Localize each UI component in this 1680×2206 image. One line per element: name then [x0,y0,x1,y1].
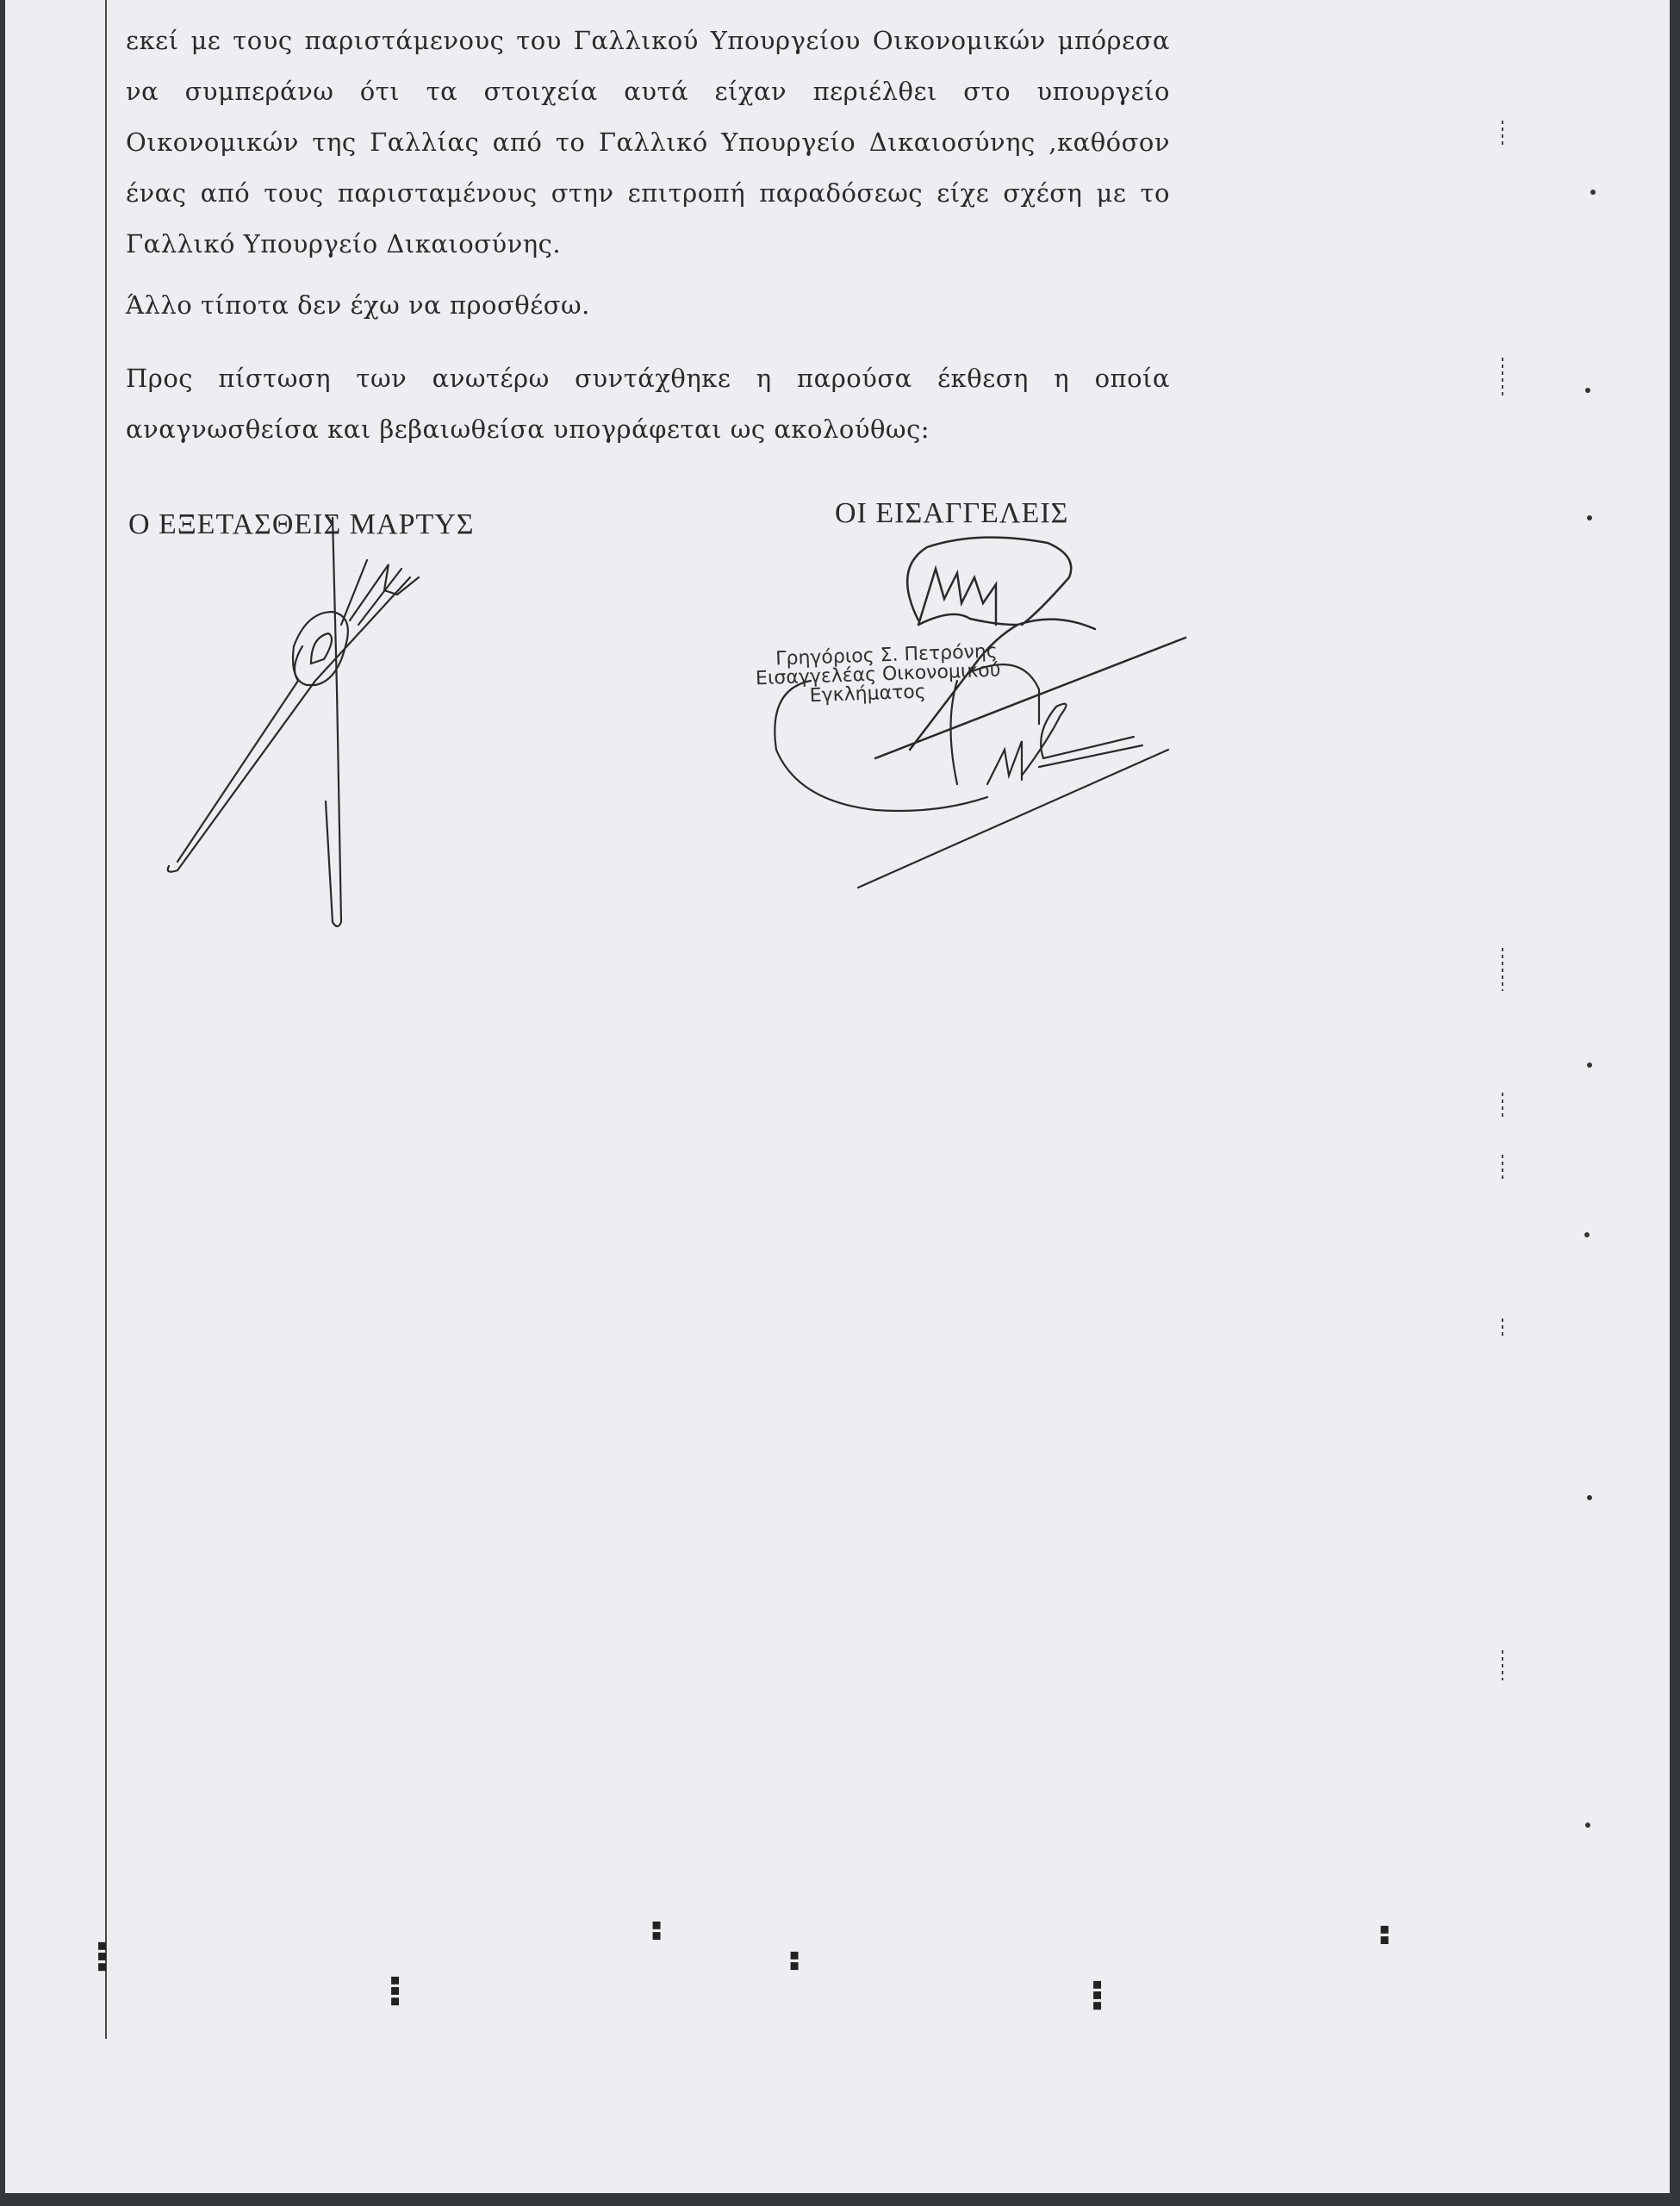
scan-dot [1587,515,1592,520]
scan-mark [1502,1093,1503,1119]
scan-mark [1502,1318,1503,1336]
scan-dot [1587,1062,1592,1068]
scan-dot [1590,190,1596,195]
paragraph-attestation: Προς πίστωση των ανωτέρω συντάχθηκε η πα… [126,353,1170,455]
paragraph-statement: εκεί με τους παριστάμενους του Γαλλικού … [126,16,1170,270]
witness-signature [160,517,445,931]
document-body: εκεί με τους παριστάμενους του Γαλλικού … [126,16,1170,477]
scan-artifact: ▪▪▪ [387,1975,405,2007]
scan-dot [1584,1232,1590,1237]
scan-dot [1587,1495,1592,1500]
scan-artifact: ▪▪▪ [94,1941,112,1972]
scan-dot [1585,1823,1590,1828]
scan-dot [1585,388,1590,393]
paragraph-nothing-to-add: Άλλο τίποτα δεν έχω να προσθέσω. [126,280,1170,331]
scan-mark [1502,358,1503,396]
scan-artifact: ▪▪ [787,1950,805,1971]
scan-artifact: ▪▪▪ [1089,1979,1107,2011]
scan-artifact: ▪▪ [649,1920,667,1941]
witness-signature-label: Ο ΕΞΕΤΑΣΘΕΙΣ ΜΑΡΤΥΣ [128,508,475,541]
scan-mark [1502,121,1503,146]
scan-mark [1502,948,1503,991]
left-margin-line [105,0,107,2039]
document-page: εκεί με τους παριστάμενους του Γαλλικού … [5,0,1670,2193]
prosecutors-signature-label: ΟΙ ΕΙΣΑΓΓΕΛΕΙΣ [835,497,1068,530]
scan-mark [1502,1650,1503,1680]
prosecutor-stamp: Γρηγόριος Σ. Πετρόνης Εισαγγελέας Οικονο… [775,642,1002,707]
scan-mark [1502,1155,1503,1181]
stamp-title-2: Εγκλήματος [809,680,1001,706]
scan-artifact: ▪▪ [1377,1924,1395,1945]
